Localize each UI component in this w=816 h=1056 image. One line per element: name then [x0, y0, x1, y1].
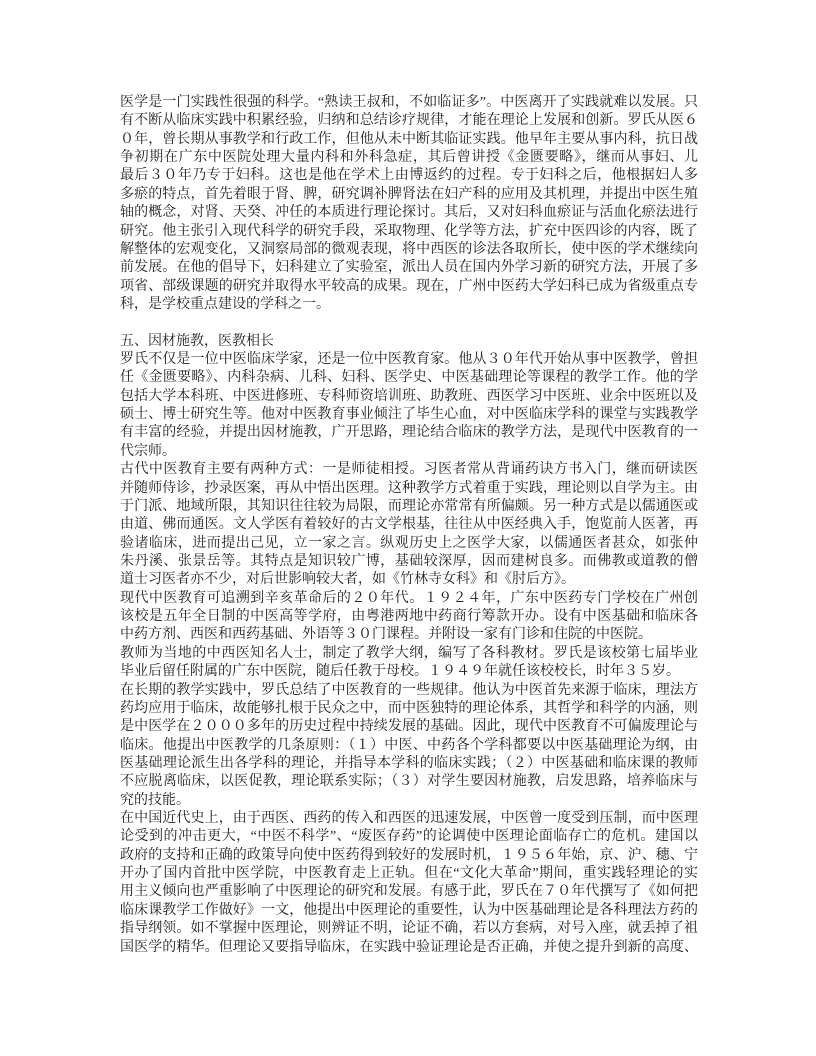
text-line: 政府的支持和正确的政策导向使中医药得到较好的发展时机，１９５６年始，京、沪、穗、… [120, 847, 698, 865]
text-line: 解整体的宏观变化，又洞察局部的微观表现，将中西医的诊法各取所长，使中医的学术继续… [120, 241, 698, 259]
text-line: 医基础理论派生出各学科的理论，并指导本学科的临床实践；（２）中医基础和临床课的教… [120, 755, 698, 773]
paragraph: 古代中医教育主要有两种方式：一是师徒相授。习医者常从背诵药诀方书入门，继而研读医… [120, 461, 698, 590]
text-line: 究的技能。 [120, 792, 698, 810]
text-line: 是中医学在２０００多年的历史过程中持续发展的基础。因此，现代中医教育不可偏废理论… [120, 718, 698, 736]
text-line: 于门派、地域所限，其知识往往较为局限，而理论亦常常有所偏颇。另一种方式是以儒通医… [120, 498, 698, 516]
text-line: 临床。他提出中医教学的几条原则：（１）中医、中药各个学科都要以中医基础理论为纲，… [120, 737, 698, 755]
text-line: 罗氏不仅是一位中医临床学家，还是一位中医教育家。他从３０年代开始从事中医教学，曾… [120, 351, 698, 369]
text-line: 多瘀的特点，首先着眼于肾、脾，研究调补脾肾法在妇产科的应用及其机理，并提出中医生… [120, 186, 698, 204]
text-line: 朱丹溪、张景岳等。其特点是知识较广博，基础较深厚，因而建树良多。而佛教或道教的僧… [120, 553, 698, 571]
text-line: 医学是一门实践性很强的科学。“熟读王叔和，不如临证多”。中医离开了实践就难以发展… [120, 94, 698, 112]
text-line: 并随师侍诊，抄录医案，再从中悟出医理。这种教学方式着重于实践，理论则以自学为主。… [120, 480, 698, 498]
text-line: 不应脱离临床，以医促教，理论联系实际；（３）对学生要因材施教，启发思路，培养临床… [120, 773, 698, 791]
text-line: 中药方剂、西医和西药基础、外语等３０门课程。并附设一家有门诊和住院的中医院。 [120, 626, 698, 644]
text-line: 该校是五年全日制的中医高等学府，由粤港两地中药商行筹款开办。设有中医基础和临床各… [120, 608, 698, 626]
text-line: 前发展。在他的倡导下，妇科建立了实验室，派出人员在国内外学习新的研究方法，开展了… [120, 259, 698, 277]
text-line: 指导纲领。如不掌握中医理论，则辨证不明，论证不确，若以方套病，对号入座，就丢掉了… [120, 920, 698, 938]
text-line: 验诸临床，进而提出己见，立一家之言。纵观历史上之医学大家，以儒通医者甚众，如张仲… [120, 535, 698, 553]
text-line: 有不断从临床实践中积累经验，归纳和总结诊疗规律，才能在理论上发展和创新。罗氏从医… [120, 112, 698, 130]
text-line: 药均应用于临床，故能够扎根于民众之中，而中医独特的理论体系，其哲学和科学的内涵，… [120, 700, 698, 718]
paragraph: 罗氏不仅是一位中医临床学家，还是一位中医教育家。他从３０年代开始从事中医教学，曾… [120, 351, 698, 461]
text-line: 硕士、博士研究生等。他对中医教育事业倾注了毕生心血，对中医临床学科的课堂与实践教… [120, 406, 698, 424]
text-line: 在长期的教学实践中，罗氏总结了中医教育的一些规律。他认为中医首先来源于临床，理法… [120, 682, 698, 700]
section-heading: 五、因材施教，医教相长 [120, 333, 698, 351]
document-content: 医学是一门实践性很强的科学。“熟读王叔和，不如临证多”。中医离开了实践就难以发展… [120, 94, 698, 957]
text-line: 论受到的冲击更大，“中医不科学”、“废医存药”的论调使中医理论面临存亡的危机。建… [120, 828, 698, 846]
text-line: 有丰富的经验，并提出因材施教，广开思路，理论结合临床的教学方法，是现代中医教育的… [120, 424, 698, 442]
text-line: 现代中医教育可追溯到辛亥革命后的２０年代。１９２４年，广东中医药专门学校在广州创… [120, 590, 698, 608]
paragraph: 现代中医教育可追溯到辛亥革命后的２０年代。１９２４年，广东中医药专门学校在广州创… [120, 590, 698, 645]
text-line: 代宗师。 [120, 443, 698, 461]
text-line: 国医学的精华。但理论又要指导临床，在实践中验证理论是否正确，并使之提升到新的高度… [120, 939, 698, 957]
heading-line: 五、因材施教，医教相长 [120, 333, 698, 351]
text-line: 由道、佛而通医。文人学医有着较好的古文学根基，往往从中医经典入手，饱览前人医著，… [120, 516, 698, 534]
text-line: 在中国近代史上，由于西医、西药的传入和西医的迅速发展，中医曾一度受到压制，而中医… [120, 810, 698, 828]
paragraph: 医学是一门实践性很强的科学。“熟读王叔和，不如临证多”。中医离开了实践就难以发展… [120, 94, 698, 314]
text-line: ０年，曾长期从事教学和行政工作，但他从未中断其临证实践。他早年主要从事内科，抗日… [120, 131, 698, 149]
text-line: 毕业后留任附属的广东中医院，随后任教于母校。１９４９年就任该校校长，时年３５岁。 [120, 663, 698, 681]
text-line: 用主义倾向也严重影响了中医理论的研究和发展。有感于此，罗氏在７０年代撰写了《如何… [120, 883, 698, 901]
text-line: 最后３０年乃专于妇科。这也是他在学术上由博返约的过程。专于妇科之后，他根据妇人多… [120, 167, 698, 185]
text-line: 古代中医教育主要有两种方式：一是师徒相授。习医者常从背诵药诀方书入门，继而研读医… [120, 461, 698, 479]
text-line: 临床课教学工作做好》一文，他提出中医理论的重要性，认为中医基础理论是各科理法方药… [120, 902, 698, 920]
text-line: 科，是学校重点建设的学科之一。 [120, 296, 698, 314]
text-line: 争初期在广东中医院处理大量内科和外科急症，其后曾讲授《金匮要略》，继而从事妇、儿… [120, 149, 698, 167]
text-line: 研究。他主张引入现代科学的研究手段，采取物理、化学等方法，扩充中医四诊的内容，既… [120, 223, 698, 241]
paragraph: 教师为当地的中西医知名人士，制定了教学大纲，编写了各科教材。罗氏是该校第七届毕业… [120, 645, 698, 682]
text-line: 任《金匮要略》、内科杂病、儿科、妇科、医学史、中医基础理论等课程的教学工作。他的… [120, 369, 698, 387]
blank-line [120, 314, 698, 332]
text-line: 教师为当地的中西医知名人士，制定了教学大纲，编写了各科教材。罗氏是该校第七届毕业… [120, 645, 698, 663]
paragraph: 在长期的教学实践中，罗氏总结了中医教育的一些规律。他认为中医首先来源于临床，理法… [120, 682, 698, 811]
document-page: 医学是一门实践性很强的科学。“熟读王叔和，不如临证多”。中医离开了实践就难以发展… [0, 0, 816, 1056]
paragraph-spacer [120, 314, 698, 332]
text-line: 包括大学本科班、中医进修班、专科师资培训班、助教班、西医学习中医班、业余中医班以… [120, 388, 698, 406]
text-line: 道士习医者亦不少，对后世影响较大者，如《竹林寺女科》和《肘后方》。 [120, 571, 698, 589]
text-line: 项省、部级课题的研究并取得水平较高的成果。现在，广州中医药大学妇科已成为省级重点… [120, 278, 698, 296]
paragraph: 在中国近代史上，由于西医、西药的传入和西医的迅速发展，中医曾一度受到压制，而中医… [120, 810, 698, 957]
text-line: 开办了国内首批中医学院，中医教育走上正轨。但在“文化大革命”期间，重实践轻理论的… [120, 865, 698, 883]
text-line: 轴的概念，对肾、天癸、冲任的本质进行理论探讨。其后，又对妇科血瘀证与活血化瘀法进… [120, 204, 698, 222]
